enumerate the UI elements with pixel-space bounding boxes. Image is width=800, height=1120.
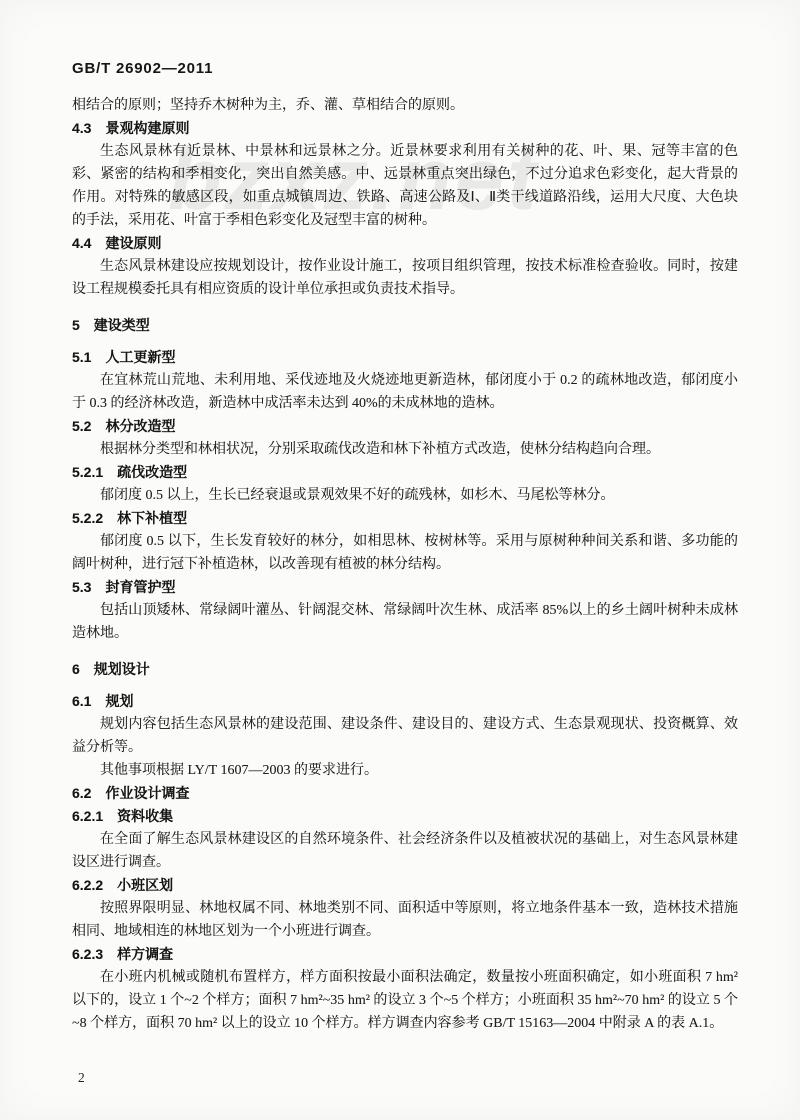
page-number: 2	[78, 1070, 85, 1086]
subclause-heading-6-1: 6.1 规划	[72, 690, 738, 713]
document-page: bzxz.net GB/T 26902—2011 相结合的原则；坚持乔木树种为主…	[0, 0, 800, 1120]
subclause-heading-4-3: 4.3 景观构建原则	[72, 117, 738, 140]
paragraph-6-2-3: 在小班内机械或随机布置样方，样方面积按最小面积法确定，数量按小班面积确定，如小班…	[72, 966, 738, 1035]
clause-heading-6: 6 规划设计	[72, 658, 738, 681]
paragraph-6-2-2: 按照界限明显、林地权属不同、林地类别不同、面积适中等原则，将立地条件基本一致，造…	[72, 897, 738, 943]
paragraph-6-1-other: 其他事项根据 LY/T 1607—2003 的要求进行。	[72, 759, 738, 782]
paragraph-continuation: 相结合的原则；坚持乔木树种为主，乔、灌、草相结合的原则。	[72, 94, 738, 117]
paragraph-5-2: 根据林分类型和林相状况，分别采取疏伐改造和林下补植方式改造，使林分结构趋向合理。	[72, 438, 738, 461]
paragraph-6-1: 规划内容包括生态风景林的建设范围、建设条件、建设目的、建设方式、生态景观现状、投…	[72, 713, 738, 759]
paragraph-4-3: 生态风景林有近景林、中景林和远景林之分。近景林要求利用有关树种的花、叶、果、冠等…	[72, 140, 738, 232]
subclause-heading-5-2-1: 5.2.1 疏伐改造型	[72, 461, 738, 484]
subclause-heading-5-2: 5.2 林分改造型	[72, 415, 738, 438]
subclause-heading-6-2-2: 6.2.2 小班区划	[72, 874, 738, 897]
paragraph-5-2-1: 郁闭度 0.5 以上，生长已经衰退或景观效果不好的疏残林，如杉木、马尾松等林分。	[72, 484, 738, 507]
standard-number-header: GB/T 26902—2011	[72, 60, 213, 77]
subclause-heading-6-2-1: 6.2.1 资料收集	[72, 805, 738, 828]
subclause-heading-6-2-3: 6.2.3 样方调查	[72, 943, 738, 966]
paragraph-4-4: 生态风景林建设应按规划设计，按作业设计施工，按项目组织管理，按技术标准检查验收。…	[72, 255, 738, 301]
subclause-heading-5-2-2: 5.2.2 林下补植型	[72, 507, 738, 530]
subclause-heading-5-3: 5.3 封育管护型	[72, 576, 738, 599]
subclause-heading-5-1: 5.1 人工更新型	[72, 346, 738, 369]
clause-heading-5: 5 建设类型	[72, 314, 738, 337]
paragraph-6-2-1: 在全面了解生态风景林建设区的自然环境条件、社会经济条件以及植被状况的基础上，对生…	[72, 828, 738, 874]
subclause-heading-4-4: 4.4 建设原则	[72, 232, 738, 255]
paragraph-5-3: 包括山顶矮林、常绿阔叶灌丛、针阔混交林、常绿阔叶次生林、成活率 85%以上的乡土…	[72, 599, 738, 645]
paragraph-5-2-2: 郁闭度 0.5 以下，生长发育较好的林分，如相思林、桉树林等。采用与原树种种间关…	[72, 530, 738, 576]
paragraph-5-1: 在宜林荒山荒地、未利用地、采伐迹地及火烧迹地更新造林，郁闭度小于 0.2 的疏林…	[72, 369, 738, 415]
subclause-heading-6-2: 6.2 作业设计调查	[72, 782, 738, 805]
document-body: 相结合的原则；坚持乔木树种为主，乔、灌、草相结合的原则。 4.3 景观构建原则 …	[72, 94, 738, 1035]
